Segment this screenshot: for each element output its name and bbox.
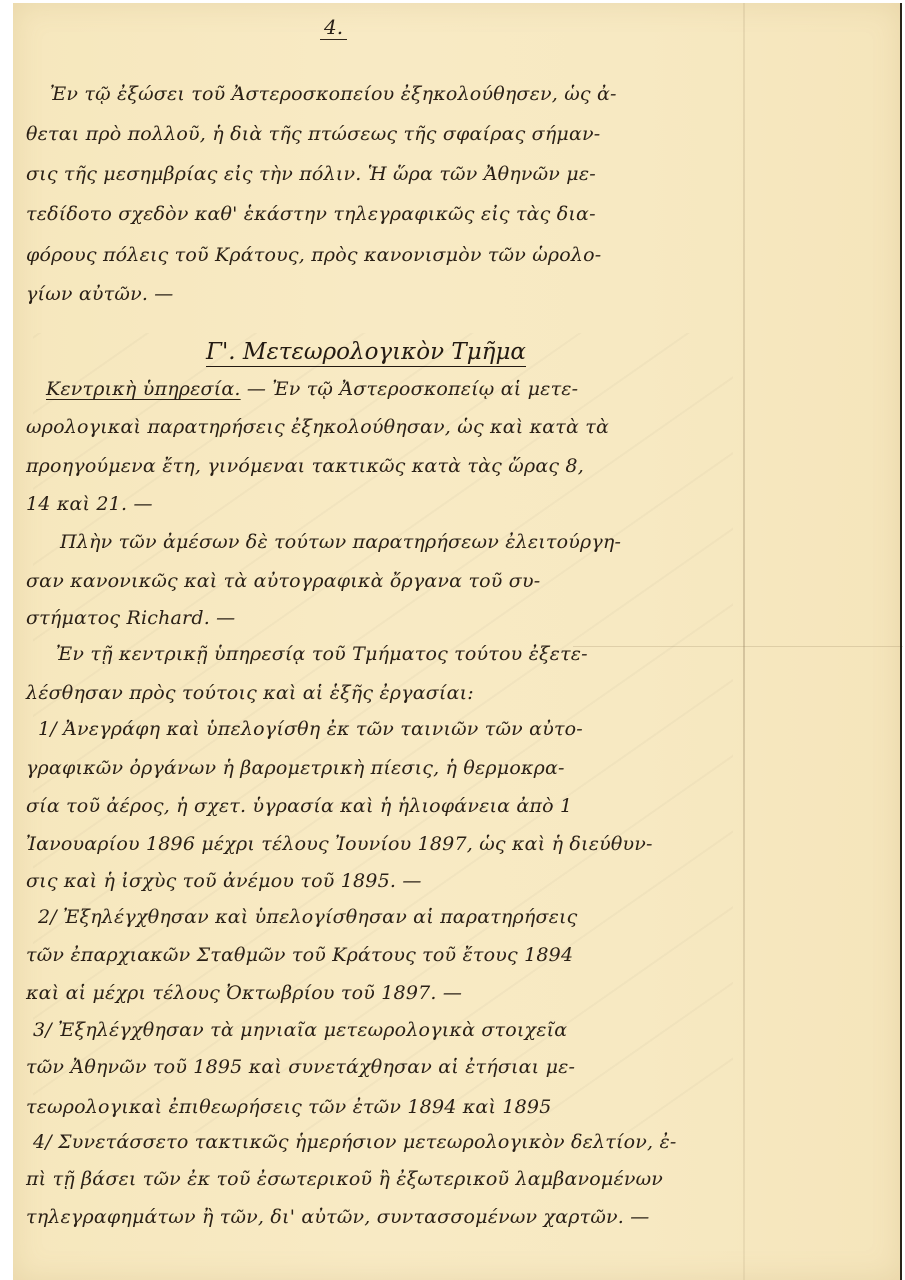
vertical-fold-line [743,3,745,1280]
text-line: θεται πρὸ πολλοῦ, ἡ διὰ τῆς πτώσεως τῆς … [26,123,600,145]
list-item-line: καὶ αἱ μέχρι τέλους Ὀκτωβρίου τοῦ 1897. … [26,982,462,1004]
text-line: Ἐν τῷ ἐξώσει τοῦ Ἀστεροσκοπείου ἐξηκολού… [50,83,617,105]
text-line: γίων αὐτῶν. — [26,283,174,305]
text-line: στήματος Richard. — [26,607,235,629]
list-item-line: σία τοῦ ἀέρος, ἡ σχετ. ὑγρασία καὶ ἡ ἡλι… [26,795,572,817]
list-item-line: 2/ Ἐξηλέγχθησαν καὶ ὑπελογίσθησαν αἱ παρ… [38,906,578,928]
list-item-line: πὶ τῇ βάσει τῶν ἐκ τοῦ ἐσωτερικοῦ ἢ ἐξωτ… [26,1168,663,1190]
subsection-label: Κεντρικὴ ὑπηρεσία. [46,378,241,400]
list-item-line: 4/ Συνετάσσετο τακτικῶς ἡμερήσιον μετεωρ… [33,1131,677,1153]
text-line: σαν κανονικῶς καὶ τὰ αὐτογραφικὰ ὄργανα … [26,570,540,592]
manuscript-page: 4. Ἐν τῷ ἐξώσει τοῦ Ἀστεροσκοπείου ἐξηκο… [13,3,902,1280]
list-item-line: σις καὶ ἡ ἰσχὺς τοῦ ἀνέμου τοῦ 1895. — [26,870,422,892]
list-item-line: γραφικῶν ὀργάνων ἡ βαρομετρικὴ πίεσις, ἡ… [26,757,565,779]
horizontal-crease [573,646,903,647]
list-item-line: τῶν ἐπαρχιακῶν Σταθμῶν τοῦ Κράτους τοῦ ἔ… [26,944,573,966]
text-line: σις τῆς μεσημβρίας εἰς τὴν πόλιν. Ἡ ὥρα … [26,163,596,185]
text-line: Πλὴν τῶν ἀμέσων δὲ τούτων παρατηρήσεων ἐ… [60,531,621,553]
list-item-line: 1/ Ἀνεγράφη καὶ ὑπελογίσθη ἐκ τῶν ταινιῶ… [38,718,583,740]
list-item-line: 3/ Ἐξηλέγχθησαν τὰ μηνιαῖα μετεωρολογικὰ… [33,1019,567,1041]
list-item-line: Ἰανουαρίου 1896 μέχρι τέλους Ἰουνίου 189… [26,833,653,855]
section-heading: Γ'. Μετεωρολογικὸν Τμῆμα [206,339,526,367]
text-line: Ἐν τῇ κεντρικῇ ὑπηρεσίᾳ τοῦ Τμήματος τού… [56,643,588,665]
subsection-line: Κεντρικὴ ὑπηρεσία. — Ἐν τῷ Ἀστεροσκοπείῳ… [46,378,578,400]
text-line: προηγούμενα ἔτη, γινόμεναι τακτικῶς κατὰ… [26,455,584,477]
text-line: λέσθησαν πρὸς τούτοις καὶ αἱ ἑξῆς ἐργασί… [26,682,474,704]
list-item-line: τεωρολογικαὶ ἐπιθεωρήσεις τῶν ἐτῶν 1894 … [26,1096,552,1118]
list-item-line: τηλεγραφημάτων ἢ τῶν, δι' αὐτῶν, συντασσ… [26,1206,650,1228]
text-line: 14 καὶ 21. — [26,493,153,515]
page-number: 4. [320,15,347,40]
text-line: φόρους πόλεις τοῦ Κράτους, πρὸς κανονισμ… [26,244,601,266]
text-line: ωρολογικαὶ παρατηρήσεις ἐξηκολούθησαν, ὡ… [26,416,609,438]
text-line: τεδίδοτο σχεδὸν καθ' ἑκάστην τηλεγραφικῶ… [26,203,596,225]
list-item-line: τῶν Ἀθηνῶν τοῦ 1895 καὶ συνετάχθησαν αἱ … [26,1056,575,1078]
subsection-line-rest: — Ἐν τῷ Ἀστεροσκοπείῳ αἱ μετε- [241,378,579,400]
